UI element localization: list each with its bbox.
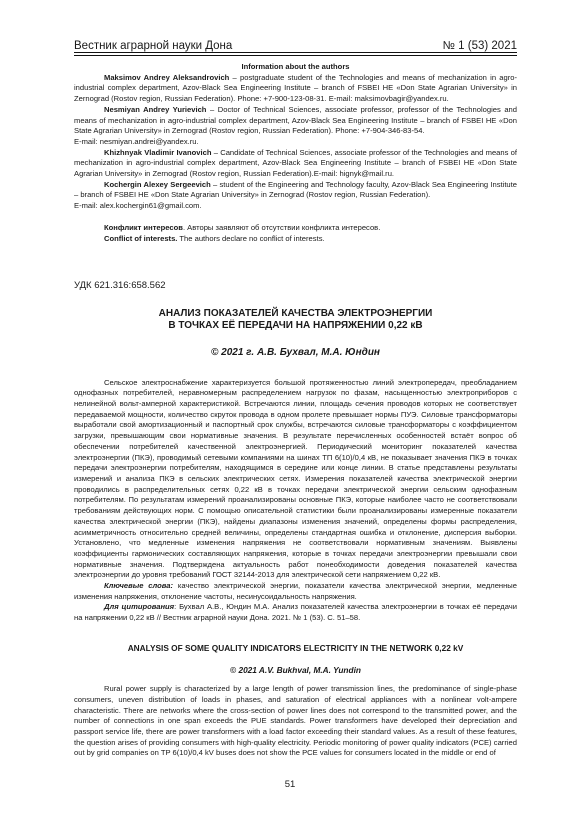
- journal-page: Вестник аграрной науки Дона № 1 (53) 202…: [0, 0, 580, 820]
- conflict-en: Conflict of interests. The authors decla…: [74, 234, 517, 245]
- author-entry: Khizhnyak Vladimir Ivanovich – Candidate…: [74, 148, 517, 180]
- keywords-label: Ключевые слова:: [104, 581, 173, 590]
- author-email: E-mail: nesmiyan.andrei@yandex.ru.: [74, 137, 517, 148]
- authors-info-heading: Information about the authors: [74, 62, 517, 73]
- header-double-rule: [74, 52, 517, 56]
- page-content: Information about the authors Maksimov A…: [74, 62, 517, 759]
- conflict-ru: Конфликт интересов. Авторы заявляют об о…: [74, 223, 517, 234]
- article-title-ru-line2: В ТОЧКАХ ЕЁ ПЕРЕДАЧИ НА НАПРЯЖЕНИИ 0,22 …: [74, 320, 517, 333]
- author-email: E-mail: alex.kochergin61@gmail.com.: [74, 201, 517, 212]
- journal-title: Вестник аграрной науки Дона: [74, 40, 232, 52]
- author-name: Khizhnyak Vladimir Ivanovich: [104, 148, 211, 157]
- author-entry: Maksimov Andrey Aleksandrovich – postgra…: [74, 73, 517, 105]
- citation-label: Для цитирования: [104, 602, 174, 611]
- author-name: Kochergin Alexey Sergeevich: [104, 180, 211, 189]
- udk-code: УДК 621.316:658.562: [74, 281, 517, 292]
- citation-ru: Для цитирования: Бухвал А.В., Юндин М.А.…: [74, 602, 517, 623]
- article-title-ru-line1: АНАЛИЗ ПОКАЗАТЕЛЕЙ КАЧЕСТВА ЭЛЕКТРОЭНЕРГ…: [74, 308, 517, 321]
- running-header: Вестник аграрной науки Дона № 1 (53) 202…: [74, 34, 517, 52]
- abstract-ru: Сельское электроснабжение характеризуетс…: [74, 378, 517, 581]
- issue-number: № 1 (53) 2021: [443, 40, 517, 52]
- article-title-en: ANALYSIS OF SOME QUALITY INDICATORS ELEC…: [74, 643, 517, 654]
- conflict-ru-text: . Авторы заявляют об отсутствии конфликт…: [183, 223, 380, 232]
- article-authors-ru: © 2021 г. А.В. Бухвал, М.А. Юндин: [74, 348, 517, 359]
- conflict-en-text: The authors declare no conflict of inter…: [177, 234, 324, 243]
- author-name: Maksimov Andrey Aleksandrovich: [104, 73, 229, 82]
- conflict-ru-label: Конфликт интересов: [104, 223, 183, 232]
- article-authors-en: © 2021 A.V. Bukhval, M.A. Yundin: [74, 665, 517, 676]
- abstract-en: Rural power supply is characterized by a…: [74, 684, 517, 759]
- author-name: Nesmiyan Andrey Yurievich: [104, 105, 206, 114]
- author-entry: Kochergin Alexey Sergeevich – student of…: [74, 180, 517, 201]
- article-title-ru: АНАЛИЗ ПОКАЗАТЕЛЕЙ КАЧЕСТВА ЭЛЕКТРОЭНЕРГ…: [74, 308, 517, 333]
- page-number: 51: [0, 779, 580, 790]
- author-entry: Nesmiyan Andrey Yurievich – Doctor of Te…: [74, 105, 517, 137]
- keywords-ru: Ключевые слова: качество электрической э…: [74, 581, 517, 602]
- conflict-en-label: Conflict of interests.: [104, 234, 177, 243]
